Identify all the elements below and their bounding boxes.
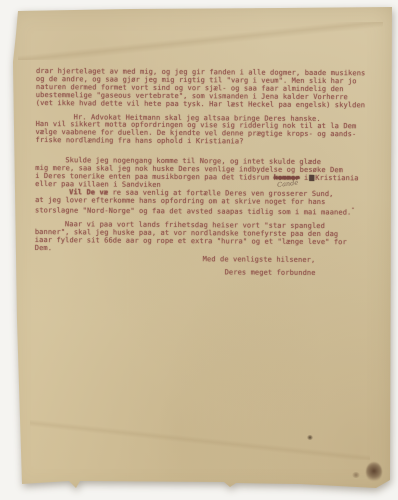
letter-paragraph: Hr. Advokat Heitmann skal jeg altsaa bri… (35, 114, 383, 148)
text-segment: Kristiania (315, 174, 358, 182)
closing-block: Med de venligste hilsener, Deres meget f… (35, 255, 383, 278)
scan-background: drar hjertelaget av med mig, og jeg gir … (0, 0, 398, 500)
letter-paragraphs: drar hjertelaget av med mig, og jeg gir … (35, 68, 384, 255)
letter-body: drar hjertelaget av med mig, og jeg gir … (35, 68, 384, 279)
closing-signoff: Deres meget forbundne (35, 268, 383, 278)
text-segment: i (300, 174, 309, 182)
text-segment: Dem. (35, 244, 52, 252)
letter-paragraph: Skulde jeg nogengang komme til Norge, og… (35, 157, 383, 217)
letter-paper: drar hjertelaget av med mig, og jeg gir … (0, 0, 398, 500)
letter-line: (vet ikke hvad dette vil hete paa tysk. … (36, 100, 384, 110)
text-segment: (vet ikke hvad dette vil hete paa tysk. … (36, 99, 365, 109)
ink-stain (366, 462, 382, 482)
text-segment: iaar fylder sit 66de aar og rope et extr… (35, 236, 347, 246)
struck-word: kommerCande (274, 175, 300, 183)
text-segment: " (351, 207, 354, 213)
paper-speck (352, 472, 360, 478)
paper-crease (18, 22, 383, 60)
letter-line: storslagne "Nord-Norge" og faa det avste… (35, 205, 383, 218)
letter-paragraph: Naar vi paa vort lands frihetsdag heiser… (35, 221, 383, 255)
text-segment: at jeg lover efterkomme hans opfordring … (35, 196, 325, 206)
text-segment: friske nordlænding fra hans ophold i Kri… (35, 136, 243, 145)
closing-salutation: Med de venligste hilsener, (35, 255, 383, 265)
letter-paragraph: drar hjertelaget av med mig, og jeg gir … (36, 68, 384, 110)
paper-speck (307, 435, 313, 440)
paper-crease (30, 420, 370, 460)
text-segment: storslagne "Nord-Norge" og faa det avste… (35, 206, 351, 216)
ink-blot (309, 175, 314, 181)
